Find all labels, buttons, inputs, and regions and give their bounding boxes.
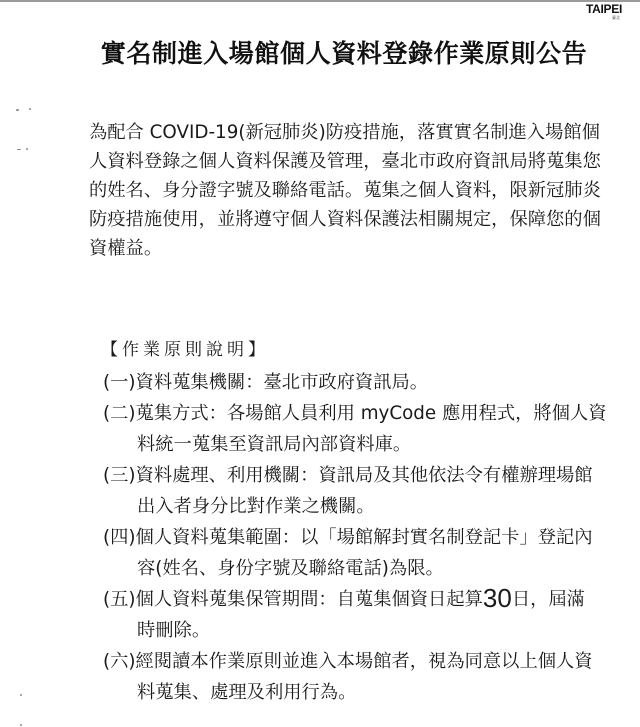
item-text: 蒐集方式：各場館人員利用 myCode 應用程式，將個人資 bbox=[136, 403, 607, 424]
principle-item-3: (三)資料處理、利用機關：資訊局及其他依法令有權辦理場館 出入者身分比對作業之機… bbox=[103, 460, 613, 522]
item-text: 資料蒐集機關：臺北市政府資訊局。 bbox=[136, 372, 429, 393]
item-text: 資料處理、利用機關：資訊局及其他依法令有權辦理場館 bbox=[136, 465, 593, 486]
principle-item-6: (六)經閱讀本作業原則並進入本場館者，視為同意以上個人資 料蒐集、處理及利用行為… bbox=[103, 646, 613, 708]
logo-subtext: 臺北 bbox=[586, 16, 622, 20]
logo-wordmark: TAIPEI bbox=[586, 3, 622, 15]
item-continuation: 出入者身分比對作業之機關。 bbox=[103, 491, 613, 522]
page-title: 實名制進入場館個人資料登錄作業原則公告 bbox=[0, 34, 640, 70]
taipei-logo: TAIPEI 臺北 bbox=[586, 3, 622, 20]
principle-item-4: (四)個人資料蒐集範圍：以「場館解封實名制登記卡」登記內 容(姓名、身份字號及聯… bbox=[103, 522, 613, 584]
intro-line: 的姓名、身分證字號及聯絡電話。蒐集之個人資料，限新冠肺炎 bbox=[89, 176, 609, 205]
scan-speck bbox=[20, 724, 22, 726]
intro-line: 資權益。 bbox=[89, 234, 609, 263]
item-marker: (一) bbox=[103, 372, 136, 393]
intro-line: 人資料登錄之個人資料保護及管理，臺北市政府資訊局將蒐集您 bbox=[89, 147, 609, 176]
principle-item-2: (二)蒐集方式：各場館人員利用 myCode 應用程式，將個人資 料統一蒐集至資… bbox=[103, 398, 613, 460]
item-continuation: 料統一蒐集至資訊局內部資料庫。 bbox=[103, 429, 613, 460]
item-line: (二)蒐集方式：各場館人員利用 myCode 應用程式，將個人資 bbox=[103, 398, 613, 429]
principles-section: 【作業原則說明】 (一)資料蒐集機關：臺北市政府資訊局。 (二)蒐集方式：各場館… bbox=[103, 336, 613, 708]
item-marker: (六) bbox=[103, 651, 136, 672]
item-line: (三)資料處理、利用機關：資訊局及其他依法令有權辦理場館 bbox=[103, 460, 613, 491]
item-marker: (二) bbox=[103, 403, 136, 424]
scan-speck bbox=[29, 108, 31, 110]
retention-days-number: 30 bbox=[483, 583, 512, 613]
item-text: 個人資料蒐集保管期間：自蒐集個資日起算 bbox=[136, 589, 483, 610]
item-marker: (五) bbox=[103, 589, 136, 610]
item-continuation: 容(姓名、身份字號及聯絡電話)為限。 bbox=[103, 553, 613, 584]
item-marker: (三) bbox=[103, 465, 136, 486]
item-line: (五)個人資料蒐集保管期間：自蒐集個資日起算30日，屆滿 bbox=[103, 584, 613, 615]
principle-item-5: (五)個人資料蒐集保管期間：自蒐集個資日起算30日，屆滿 時刪除。 bbox=[103, 584, 613, 646]
item-text: 個人資料蒐集範圍：以「場館解封實名制登記卡」登記內 bbox=[136, 527, 593, 548]
item-line: (一)資料蒐集機關：臺北市政府資訊局。 bbox=[103, 367, 613, 398]
principle-item-1: (一)資料蒐集機關：臺北市政府資訊局。 bbox=[103, 367, 613, 398]
intro-line: 防疫措施使用，並將遵守個人資料保護法相關規定，保障您的個 bbox=[89, 205, 609, 234]
item-continuation: 時刪除。 bbox=[103, 615, 613, 646]
scan-speck bbox=[17, 149, 21, 150]
scan-speck bbox=[20, 694, 22, 696]
item-text: 日，屆滿 bbox=[512, 589, 585, 610]
scan-speck bbox=[26, 148, 28, 150]
item-line: (六)經閱讀本作業原則並進入本場館者，視為同意以上個人資 bbox=[103, 646, 613, 677]
intro-line: 為配合 COVID-19(新冠肺炎)防疫措施，落實實名制進入場館個 bbox=[89, 118, 609, 147]
item-continuation: 料蒐集、處理及利用行為。 bbox=[103, 677, 613, 708]
scan-top-edge bbox=[0, 0, 640, 2]
scan-speck bbox=[16, 109, 19, 111]
item-line: (四)個人資料蒐集範圍：以「場館解封實名制登記卡」登記內 bbox=[103, 522, 613, 553]
item-marker: (四) bbox=[103, 527, 136, 548]
intro-paragraph: 為配合 COVID-19(新冠肺炎)防疫措施，落實實名制進入場館個 人資料登錄之… bbox=[89, 118, 609, 263]
section-heading: 【作業原則說明】 bbox=[101, 336, 613, 364]
item-text: 經閱讀本作業原則並進入本場館者，視為同意以上個人資 bbox=[136, 651, 593, 672]
